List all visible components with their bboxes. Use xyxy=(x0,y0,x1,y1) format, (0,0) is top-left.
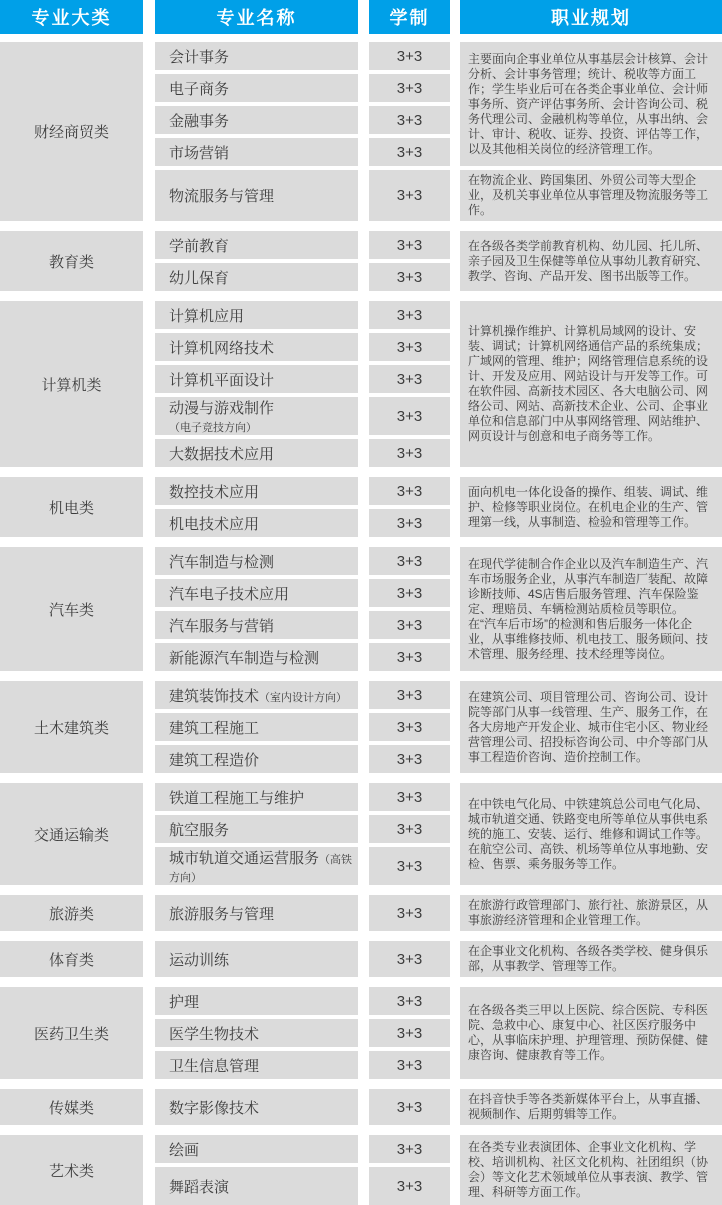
career-plan-paragraph: 在旅游行政管理部门、旅行社、旅游景区，从事旅游经济管理和企业管理工作。 xyxy=(468,898,714,928)
career-plan-paragraph: 在抖音快手等各类新媒体平台上，从事直播、视频制作、后期剪辑等工作。 xyxy=(468,1092,714,1122)
category-cell: 传媒类 xyxy=(0,1089,155,1135)
major-name: 学前教育 xyxy=(169,238,229,255)
major-cell: 汽车服务与营销 xyxy=(155,611,369,643)
career-plan-paragraph: 主要面向企事业单位从事基层会计核算、会计分析、会计事务管理；统计、税收等方面工作… xyxy=(468,52,714,157)
major-name: 数字影像技术 xyxy=(169,1100,259,1117)
table-row: 计算机类计算机应用3+3计算机操作维护、计算机局域网的设计、安装、调试；计算机网… xyxy=(0,301,722,333)
major-name: 数控技术应用 xyxy=(169,484,259,501)
duration-cell: 3+3 xyxy=(369,365,460,397)
major-name: 汽车制造与检测 xyxy=(169,554,274,571)
category-cell: 艺术类 xyxy=(0,1135,155,1205)
career-plan-paragraph: 计算机操作维护、计算机局域网的设计、安装、调试；计算机网络通信产品的系统集成；广… xyxy=(468,324,714,444)
table-row: 艺术类绘画3+3在各类专业表演团体、企事业文化机构、学校、培训机构、社区文化机构… xyxy=(0,1135,722,1167)
major-cell: 金融事务 xyxy=(155,106,369,138)
duration-cell: 3+3 xyxy=(369,439,460,477)
major-name: 机电技术应用 xyxy=(169,516,259,533)
major-cell: 医学生物技术 xyxy=(155,1019,369,1051)
career-plan-paragraph: 在航空公司、高铁、机场等单位从事地勤、安检、售票、乘务服务等工作。 xyxy=(468,842,714,872)
table-row: 传媒类数字影像技术3+3在抖音快手等各类新媒体平台上，从事直播、视频制作、后期剪… xyxy=(0,1089,722,1135)
career-plan-paragraph: 在现代学徒制合作企业以及汽车制造生产、汽车市场服务企业，从事汽车制造厂装配、故障… xyxy=(468,557,714,617)
duration-cell: 3+3 xyxy=(369,1167,460,1205)
category-cell: 汽车类 xyxy=(0,547,155,681)
major-name: 汽车服务与营销 xyxy=(169,618,274,635)
table-row: 旅游类旅游服务与管理3+3在旅游行政管理部门、旅行社、旅游景区，从事旅游经济管理… xyxy=(0,895,722,941)
career-plan-cell: 在各级各类学前教育机构、幼儿园、托儿所、亲子园及卫生保健等单位从事幼儿教育研究、… xyxy=(460,231,722,301)
major-cell: 城市轨道交通运营服务（高铁方向） xyxy=(155,847,369,895)
career-plan-cell: 主要面向企事业单位从事基层会计核算、会计分析、会计事务管理；统计、税收等方面工作… xyxy=(460,42,722,170)
duration-cell: 3+3 xyxy=(369,579,460,611)
career-plan-cell: 面向机电一体化设备的操作、组装、调试、维护、检修等职业岗位。在机电企业的生产、管… xyxy=(460,477,722,547)
major-name: 幼儿保育 xyxy=(169,270,229,287)
table-row: 财经商贸类会计事务3+3主要面向企事业单位从事基层会计核算、会计分析、会计事务管… xyxy=(0,42,722,74)
major-name: 旅游服务与管理 xyxy=(169,906,274,923)
duration-cell: 3+3 xyxy=(369,547,460,579)
table-row: 教育类学前教育3+3在各级各类学前教育机构、幼儿园、托儿所、亲子园及卫生保健等单… xyxy=(0,231,722,263)
major-cell: 计算机应用 xyxy=(155,301,369,333)
table-header-row: 专业大类 专业名称 学制 职业规划 xyxy=(0,0,722,42)
table-row: 体育类运动训练3+3在企事业文化机构、各级各类学校、健身俱乐部，从事教学、管理等… xyxy=(0,941,722,987)
major-name: 建筑装饰技术 xyxy=(169,688,259,705)
duration-cell: 3+3 xyxy=(369,1089,460,1135)
major-cell: 新能源汽车制造与检测 xyxy=(155,643,369,681)
major-name: 计算机网络技术 xyxy=(169,340,274,357)
duration-cell: 3+3 xyxy=(369,987,460,1019)
career-plan-paragraph: 在“汽车后市场”的检测和售后服务一体化企业，从事维修技师、机电技工、服务顾问、技… xyxy=(468,617,714,662)
major-cell: 绘画 xyxy=(155,1135,369,1167)
duration-cell: 3+3 xyxy=(369,333,460,365)
major-direction-note: （电子竞技方向） xyxy=(169,422,257,434)
major-cell: 运动训练 xyxy=(155,941,369,987)
major-cell: 数字影像技术 xyxy=(155,1089,369,1135)
career-plan-paragraph: 面向机电一体化设备的操作、组装、调试、维护、检修等职业岗位。在机电企业的生产、管… xyxy=(468,485,714,530)
column-header-duration: 学制 xyxy=(369,0,460,42)
major-cell: 大数据技术应用 xyxy=(155,439,369,477)
category-cell: 土木建筑类 xyxy=(0,681,155,783)
duration-cell: 3+3 xyxy=(369,42,460,74)
major-cell: 舞蹈表演 xyxy=(155,1167,369,1205)
major-cell: 建筑工程施工 xyxy=(155,713,369,745)
career-plan-cell: 在现代学徒制合作企业以及汽车制造生产、汽车市场服务企业，从事汽车制造厂装配、故障… xyxy=(460,547,722,681)
major-cell: 动漫与游戏制作（电子竞技方向） xyxy=(155,397,369,439)
major-name: 新能源汽车制造与检测 xyxy=(169,650,319,667)
major-name: 绘画 xyxy=(169,1142,199,1159)
category-cell: 体育类 xyxy=(0,941,155,987)
duration-cell: 3+3 xyxy=(369,106,460,138)
column-header-major-name: 专业名称 xyxy=(155,0,369,42)
major-name: 计算机平面设计 xyxy=(169,372,274,389)
major-cell: 航空服务 xyxy=(155,815,369,847)
major-name: 计算机应用 xyxy=(169,308,244,325)
table-row: 机电类数控技术应用3+3面向机电一体化设备的操作、组装、调试、维护、检修等职业岗… xyxy=(0,477,722,509)
major-name: 汽车电子技术应用 xyxy=(169,586,289,603)
duration-cell: 3+3 xyxy=(369,783,460,815)
major-name: 物流服务与管理 xyxy=(169,188,274,205)
career-plan-paragraph: 在各级各类三甲以上医院、综合医院、专科医院、急救中心、康复中心、社区医疗服务中心… xyxy=(468,1003,714,1063)
major-cell: 铁道工程施工与维护 xyxy=(155,783,369,815)
major-cell: 卫生信息管理 xyxy=(155,1051,369,1089)
major-name: 市场营销 xyxy=(169,145,229,162)
major-cell: 计算机网络技术 xyxy=(155,333,369,365)
career-plan-cell: 计算机操作维护、计算机局域网的设计、安装、调试；计算机网络通信产品的系统集成；广… xyxy=(460,301,722,477)
major-name: 护理 xyxy=(169,994,199,1011)
table-row: 交通运输类铁道工程施工与维护3+3在中铁电气化局、中铁建筑总公司电气化局、城市轨… xyxy=(0,783,722,815)
career-plan-cell: 在各类专业表演团体、企事业文化机构、学校、培训机构、社区文化机构、社团组织（协会… xyxy=(460,1135,722,1205)
major-name: 运动训练 xyxy=(169,952,229,969)
duration-cell: 3+3 xyxy=(369,263,460,301)
major-cell: 护理 xyxy=(155,987,369,1019)
career-plan-paragraph: 在中铁电气化局、中铁建筑总公司电气化局、城市轨道交通、铁路变电所等单位从事供电系… xyxy=(468,797,714,842)
major-name: 大数据技术应用 xyxy=(169,446,274,463)
major-direction-note: （室内设计方向） xyxy=(259,692,347,704)
category-cell: 财经商贸类 xyxy=(0,42,155,231)
career-plan-paragraph: 在物流企业、跨国集团、外贸公司等大型企业，及机关事业单位从事管理及物流服务等工作… xyxy=(468,173,714,218)
career-plan-cell: 在旅游行政管理部门、旅行社、旅游景区，从事旅游经济管理和企业管理工作。 xyxy=(460,895,722,941)
major-cell: 建筑工程造价 xyxy=(155,745,369,783)
major-name: 舞蹈表演 xyxy=(169,1179,229,1196)
career-plan-cell: 在物流企业、跨国集团、外贸公司等大型企业，及机关事业单位从事管理及物流服务等工作… xyxy=(460,170,722,231)
major-cell: 计算机平面设计 xyxy=(155,365,369,397)
table-row: 汽车类汽车制造与检测3+3在现代学徒制合作企业以及汽车制造生产、汽车市场服务企业… xyxy=(0,547,722,579)
major-name: 动漫与游戏制作 xyxy=(169,400,274,417)
major-name: 卫生信息管理 xyxy=(169,1058,259,1075)
major-cell: 汽车电子技术应用 xyxy=(155,579,369,611)
major-cell: 物流服务与管理 xyxy=(155,170,369,231)
career-plan-cell: 在企事业文化机构、各级各类学校、健身俱乐部，从事教学、管理等工作。 xyxy=(460,941,722,987)
duration-cell: 3+3 xyxy=(369,643,460,681)
major-name: 城市轨道交通运营服务 xyxy=(169,850,319,867)
major-cell: 建筑装饰技术（室内设计方向） xyxy=(155,681,369,713)
category-cell: 旅游类 xyxy=(0,895,155,941)
category-cell: 交通运输类 xyxy=(0,783,155,895)
duration-cell: 3+3 xyxy=(369,681,460,713)
major-cell: 电子商务 xyxy=(155,74,369,106)
duration-cell: 3+3 xyxy=(369,509,460,547)
major-cell: 汽车制造与检测 xyxy=(155,547,369,579)
duration-cell: 3+3 xyxy=(369,815,460,847)
category-cell: 计算机类 xyxy=(0,301,155,477)
major-name: 建筑工程施工 xyxy=(169,720,259,737)
career-plan-cell: 在抖音快手等各类新媒体平台上，从事直播、视频制作、后期剪辑等工作。 xyxy=(460,1089,722,1135)
career-plan-cell: 在各级各类三甲以上医院、综合医院、专科医院、急救中心、康复中心、社区医疗服务中心… xyxy=(460,987,722,1089)
duration-cell: 3+3 xyxy=(369,397,460,439)
column-header-category: 专业大类 xyxy=(0,0,155,42)
major-name: 医学生物技术 xyxy=(169,1026,259,1043)
major-cell: 会计事务 xyxy=(155,42,369,74)
major-cell: 学前教育 xyxy=(155,231,369,263)
duration-cell: 3+3 xyxy=(369,1135,460,1167)
career-plan-cell: 在中铁电气化局、中铁建筑总公司电气化局、城市轨道交通、铁路变电所等单位从事供电系… xyxy=(460,783,722,895)
duration-cell: 3+3 xyxy=(369,301,460,333)
major-name: 建筑工程造价 xyxy=(169,752,259,769)
duration-cell: 3+3 xyxy=(369,745,460,783)
duration-cell: 3+3 xyxy=(369,713,460,745)
career-plan-paragraph: 在建筑公司、项目管理公司、咨询公司、设计院等部门从事一线管理、生产、服务工作，在… xyxy=(468,690,714,765)
duration-cell: 3+3 xyxy=(369,611,460,643)
duration-cell: 3+3 xyxy=(369,895,460,941)
duration-cell: 3+3 xyxy=(369,170,460,231)
category-cell: 机电类 xyxy=(0,477,155,547)
major-cell: 市场营销 xyxy=(155,138,369,170)
major-name: 电子商务 xyxy=(169,81,229,98)
duration-cell: 3+3 xyxy=(369,74,460,106)
duration-cell: 3+3 xyxy=(369,941,460,987)
category-cell: 教育类 xyxy=(0,231,155,301)
major-name: 铁道工程施工与维护 xyxy=(169,790,304,807)
duration-cell: 3+3 xyxy=(369,138,460,170)
major-cell: 旅游服务与管理 xyxy=(155,895,369,941)
major-cell: 数控技术应用 xyxy=(155,477,369,509)
table-row: 医药卫生类护理3+3在各级各类三甲以上医院、综合医院、专科医院、急救中心、康复中… xyxy=(0,987,722,1019)
major-name: 会计事务 xyxy=(169,49,229,66)
major-name: 航空服务 xyxy=(169,822,229,839)
duration-cell: 3+3 xyxy=(369,1019,460,1051)
career-plan-paragraph: 在企事业文化机构、各级各类学校、健身俱乐部，从事教学、管理等工作。 xyxy=(468,944,714,974)
majors-table: 专业大类 专业名称 学制 职业规划 财经商贸类会计事务3+3主要面向企事业单位从… xyxy=(0,0,722,1205)
major-cell: 幼儿保育 xyxy=(155,263,369,301)
table-row: 土木建筑类建筑装饰技术（室内设计方向）3+3在建筑公司、项目管理公司、咨询公司、… xyxy=(0,681,722,713)
column-header-career-plan: 职业规划 xyxy=(460,0,722,42)
major-name: 金融事务 xyxy=(169,113,229,130)
category-cell: 医药卫生类 xyxy=(0,987,155,1089)
duration-cell: 3+3 xyxy=(369,1051,460,1089)
table-header: 专业大类 专业名称 学制 职业规划 xyxy=(0,0,722,42)
duration-cell: 3+3 xyxy=(369,847,460,895)
duration-cell: 3+3 xyxy=(369,231,460,263)
major-cell: 机电技术应用 xyxy=(155,509,369,547)
duration-cell: 3+3 xyxy=(369,477,460,509)
career-plan-cell: 在建筑公司、项目管理公司、咨询公司、设计院等部门从事一线管理、生产、服务工作，在… xyxy=(460,681,722,783)
career-plan-paragraph: 在各类专业表演团体、企事业文化机构、学校、培训机构、社区文化机构、社团组织（协会… xyxy=(468,1140,714,1200)
table-body: 财经商贸类会计事务3+3主要面向企事业单位从事基层会计核算、会计分析、会计事务管… xyxy=(0,42,722,1205)
career-plan-paragraph: 在各级各类学前教育机构、幼儿园、托儿所、亲子园及卫生保健等单位从事幼儿教育研究、… xyxy=(468,239,714,284)
